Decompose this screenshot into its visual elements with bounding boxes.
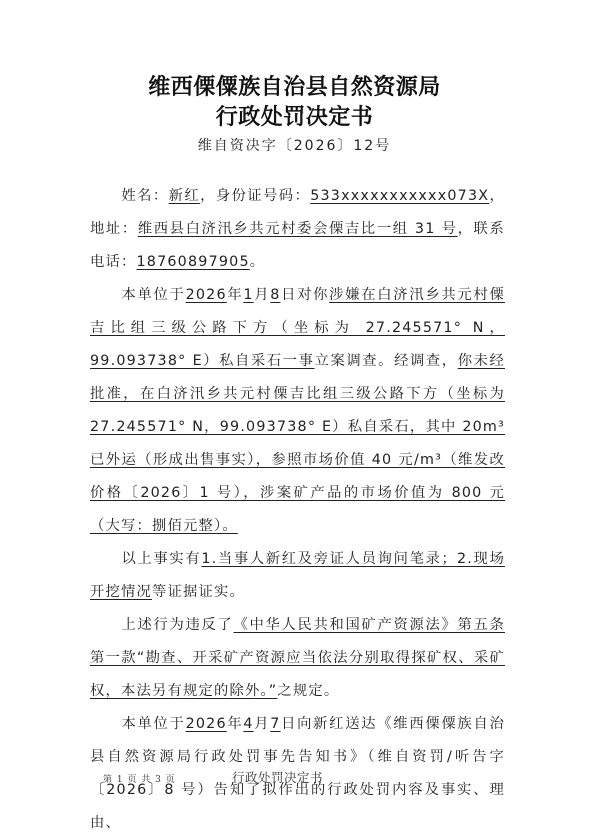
- underlined-text: 8: [270, 287, 280, 303]
- body-paragraph: 姓名：新红，身份证号码：533xxxxxxxxxxx073X，地址：维西县白济汛…: [90, 180, 505, 279]
- underlined-text: 2026: [186, 716, 227, 732]
- paragraph-text: 以上事实有: [121, 551, 201, 567]
- paragraph-text: 本单位于: [121, 287, 185, 303]
- underlined-text: 4: [243, 716, 253, 732]
- underlined-text: 1: [243, 287, 253, 303]
- paragraph-text: 月: [254, 716, 271, 732]
- paragraph-text: 等证据证实。: [152, 584, 245, 600]
- underlined-text: 7: [270, 716, 280, 732]
- paragraph-text: 之规定。: [277, 683, 339, 699]
- underlined-text: 18760897905: [137, 254, 250, 270]
- page-indicator: 第 1 页 共 3 页: [103, 772, 176, 785]
- body-paragraph: 本单位于2026年1月8日对你涉嫌在白济汛乡共元村傈吉比组三级公路下方（坐标为 …: [90, 279, 505, 543]
- footer-doc-title: 行政处罚决定书: [232, 768, 323, 786]
- body-paragraph: 以上事实有1.当事人新红及旁证人员询问笔录；2.现场开挖情况等证据证实。: [90, 543, 505, 609]
- paragraph-text: 上述行为违反了: [121, 617, 233, 633]
- document-page: 维西傈僳族自治县自然资源局 行政处罚决定书 维自资决字〔2026〕12号 姓名：…: [0, 0, 589, 838]
- paragraph-text: 。: [250, 254, 266, 270]
- page-title-line2: 行政处罚决定书: [0, 100, 589, 131]
- paragraph-text: 姓名：: [121, 188, 168, 204]
- paragraph-text: 月: [254, 287, 271, 303]
- page-title-line1: 维西傈僳族自治县自然资源局: [0, 70, 589, 101]
- underlined-text: 2026: [186, 287, 227, 303]
- paragraph-text: 日对你: [281, 287, 330, 303]
- page-footer: 第 1 页 共 3 页 行政处罚决定书: [0, 768, 589, 788]
- underlined-text: 你未经批准，在白济汛乡共元村傈吉比组三级公路下方（坐标为 27.245571° …: [90, 353, 505, 534]
- paragraph-text: ，身份证号码：: [200, 188, 310, 204]
- paragraph-text: 年: [227, 716, 244, 732]
- underlined-text: 533xxxxxxxxxxx073X: [310, 188, 489, 204]
- paragraph-text: 本单位于: [121, 716, 185, 732]
- document-body: 姓名：新红，身份证号码：533xxxxxxxxxxx073X，地址：维西县白济汛…: [90, 180, 505, 838]
- paragraph-text: 年: [227, 287, 244, 303]
- document-number: 维自资决字〔2026〕12号: [0, 135, 589, 155]
- paragraph-text: 立案调查。经调查，: [315, 353, 458, 369]
- underlined-text: 新红: [169, 188, 200, 204]
- body-paragraph: 上述行为违反了《中华人民共和国矿产资源法》第五条第一款“勘查、开采矿产资源应当依…: [90, 609, 505, 708]
- underlined-text: 维西县白济汛乡共元村委会傈吉比一组 31 号: [138, 221, 458, 237]
